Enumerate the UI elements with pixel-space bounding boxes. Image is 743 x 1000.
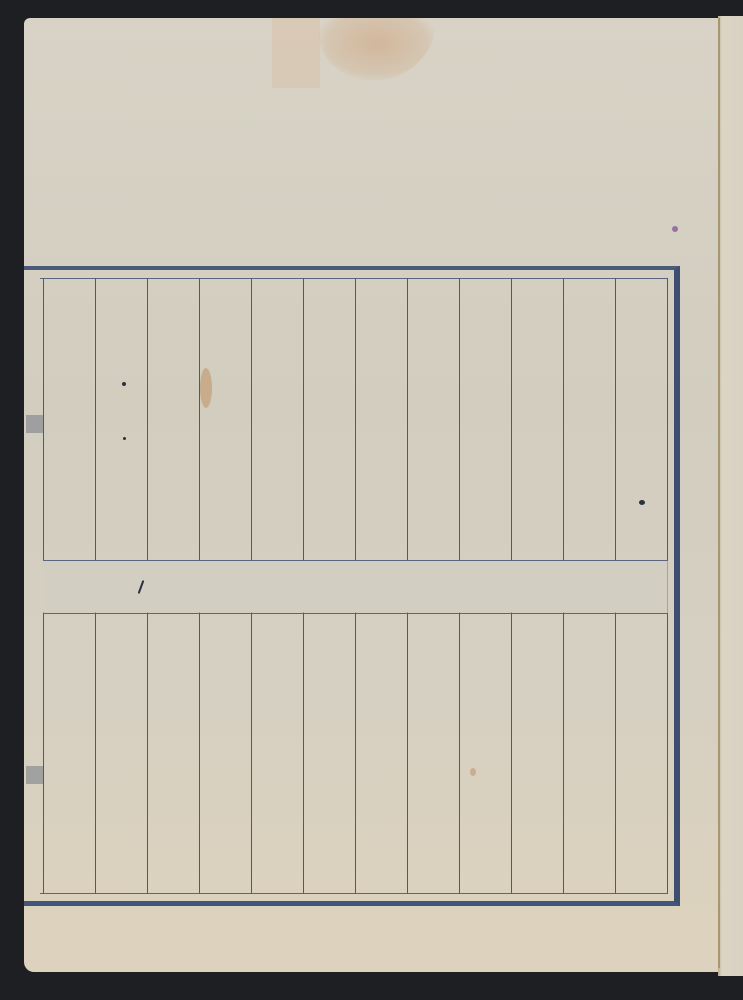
column-rule [407,612,408,894]
column-rule [43,612,44,894]
column-rule [511,278,512,560]
column-rule [667,612,668,894]
ink-spot [122,382,126,386]
column-rule [459,612,460,894]
column-rule [95,278,96,560]
column-rule [355,612,356,894]
column-rule [95,612,96,894]
middle-horizontal-band [43,560,668,614]
column-rule [563,278,564,560]
column-rule [355,278,356,560]
column-rule [303,278,304,560]
column-rule [667,278,668,560]
ink-spot [639,500,645,505]
column-rule [459,278,460,560]
faded-seal-mark [272,18,320,88]
foxing-stain [470,768,476,776]
column-rule [615,278,616,560]
column-rule [199,612,200,894]
foxing-stain [200,368,212,408]
column-rule [615,612,616,894]
column-rule [199,278,200,560]
column-rule [251,612,252,894]
ink-spot [123,437,126,440]
column-rule [303,612,304,894]
column-rule [407,278,408,560]
block-mark-lower [26,766,44,784]
column-rule [147,278,148,560]
column-rule [251,278,252,560]
column-rule [511,612,512,894]
column-rule [563,612,564,894]
column-rule [147,612,148,894]
facing-page-edge [718,16,743,976]
block-mark-upper [26,415,44,433]
gutter-fold [718,18,720,968]
purple-dot [672,226,678,232]
